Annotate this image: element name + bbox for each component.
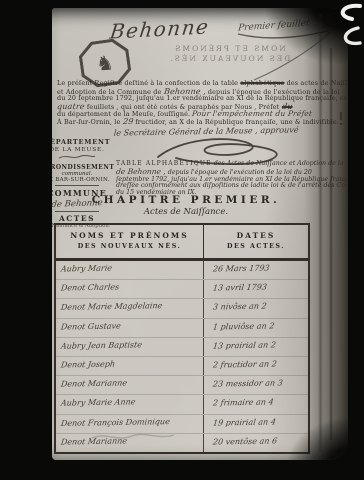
date-value: 13 avril 1793 bbox=[212, 283, 267, 293]
date-cell: 13 avril 1793 bbox=[204, 280, 308, 298]
scan-canvas: { "colors": { "background": "#090908", "… bbox=[0, 0, 364, 480]
preamble-line-3: du 20 ſeptembre 1792, juſqu'au 1.er vend… bbox=[57, 95, 345, 102]
secretary-line: le Secrétaire Général de la Meuse , appr… bbox=[113, 125, 299, 137]
header-names-column: NOMS ET PRÉNOMS DES NOUVEAUX NÉS. bbox=[56, 225, 204, 258]
table-row: Denot Marianne20 ventôse an 6 bbox=[56, 434, 308, 452]
preamble-text: Le préſent Regiſtre deſtiné à la confect… bbox=[57, 79, 240, 87]
header-names-line2: DES NOUVEAUX NÉS. bbox=[56, 243, 203, 250]
table-body: Aubry Marie26 Mars 1793 Denot Charles13 … bbox=[56, 261, 308, 452]
handwritten-folio-count: quatre bbox=[57, 103, 86, 110]
date-value: 13 prairial an 2 bbox=[212, 340, 276, 350]
table-row: Aubry Jean Baptiste13 prairial an 2 bbox=[56, 338, 308, 357]
name-value: Denot Gustave bbox=[60, 321, 121, 331]
intro-caps: TABLE ALPHABÉTIQUE bbox=[116, 160, 212, 167]
preamble-line-6: À Bar-ſur-Ornin, le 29 fructidor, an X d… bbox=[57, 118, 345, 126]
margin-squiggle bbox=[57, 154, 97, 160]
registry-page: Behonne Premier feuillet ♞ NOMS ET PRÉNO… bbox=[52, 8, 348, 460]
name-cell: Aubry Marie bbox=[56, 261, 204, 279]
birth-acts-table: NOMS ET PRÉNOMS DES NOUVEAUX NÉS. DATES … bbox=[54, 223, 310, 454]
preamble-text: du 20 ſeptembre 1792, juſqu'au 1.er vend… bbox=[57, 94, 348, 102]
date-cell: 23 messidor an 3 bbox=[204, 376, 308, 394]
ink-mark bbox=[340, 123, 342, 125]
page-fold-crease bbox=[329, 48, 333, 440]
page-corner-shadow bbox=[286, 416, 348, 460]
date-value: 2 fructidor an 2 bbox=[212, 359, 277, 369]
struck-word: alphabétique bbox=[240, 79, 284, 87]
name-value: Denot Marie Magdelaine bbox=[60, 302, 163, 313]
name-cell: Denot François Dominique bbox=[56, 415, 204, 433]
ink-mark bbox=[340, 112, 342, 120]
name-cell: Denot Gustave bbox=[56, 319, 204, 337]
table-row: Aubry Marie26 Mars 1793 bbox=[56, 261, 308, 280]
name-value: Aubry Marie Anne bbox=[60, 398, 136, 408]
name-value: Aubry Jean Baptiste bbox=[60, 340, 142, 350]
table-row: Denot Marianne23 messidor an 3 bbox=[56, 376, 308, 395]
date-cell: 3 nivôse an 2 bbox=[204, 299, 308, 317]
margin-rule bbox=[55, 185, 99, 186]
page-fold-crease bbox=[318, 14, 323, 452]
date-cell: 2 fructidor an 2 bbox=[204, 357, 308, 375]
date-value: 26 Mars 1793 bbox=[212, 264, 270, 274]
table-header-row: NOMS ET PRÉNOMS DES NOUVEAUX NÉS. DATES … bbox=[56, 225, 308, 261]
date-value: 2 frimaire an 4 bbox=[212, 398, 274, 408]
name-cell: Denot Marie Magdelaine bbox=[56, 299, 204, 317]
header-dates-line2: DES ACTES. bbox=[204, 243, 308, 250]
table-row: Denot François Dominique19 prairial an 4 bbox=[56, 415, 308, 434]
intro-text: des Actes de Naiſſance et Adoption de la… bbox=[212, 160, 348, 167]
header-dates-line1: DATES bbox=[204, 231, 308, 240]
name-value: Denot François Dominique bbox=[60, 417, 170, 428]
name-cell: Denot Charles bbox=[56, 280, 204, 298]
date-value: 3 nivôse an 2 bbox=[212, 302, 267, 312]
table-row: Aubry Marie Anne2 frimaire an 4 bbox=[56, 395, 308, 414]
date-cell: 13 prairial an 2 bbox=[204, 338, 308, 356]
stamp-rider-glyph: ♞ bbox=[95, 50, 115, 75]
header-dates-column: DATES DES ACTES. bbox=[204, 225, 308, 258]
department-label: DÉPARTEMENT bbox=[52, 138, 116, 146]
name-value: Denot Charles bbox=[60, 283, 119, 293]
date-value: 19 prairial an 4 bbox=[212, 417, 276, 427]
date-cell: 1 pluviôse an 2 bbox=[204, 319, 308, 337]
date-value: 23 messidor an 3 bbox=[212, 379, 283, 389]
arrondissement-label: ARRONDISSEMENT bbox=[52, 164, 116, 171]
photo-glare-icon bbox=[330, 0, 364, 54]
name-value: Denot Joseph bbox=[60, 360, 115, 370]
table-row: Denot Gustave1 pluviôse an 2 bbox=[56, 319, 308, 338]
intro-line-1: TABLE ALPHABÉTIQUE des Actes de Naiſſanc… bbox=[116, 160, 348, 167]
table-row: Denot Joseph2 fructidor an 2 bbox=[56, 357, 308, 376]
chapter-subtitle: Actes de Naiſſance. bbox=[52, 207, 320, 217]
preamble-text: des actes de Naiſſance bbox=[284, 79, 348, 87]
header-names-line1: NOMS ET PRÉNOMS bbox=[56, 231, 203, 240]
date-cell: 26 Mars 1793 bbox=[204, 261, 308, 279]
name-value: Aubry Marie bbox=[60, 264, 112, 274]
name-cell: Denot Joseph bbox=[56, 357, 204, 375]
name-value: Denot Marianne bbox=[60, 436, 127, 446]
table-row: Denot Marie Magdelaine3 nivôse an 2 bbox=[56, 299, 308, 318]
table-row: Denot Charles13 avril 1793 bbox=[56, 280, 308, 299]
date-cell: 2 frimaire an 4 bbox=[204, 395, 308, 413]
handwritten-day: 29 bbox=[122, 118, 133, 125]
name-cell: Denot Marianne bbox=[56, 434, 204, 452]
name-value: Denot Marianne bbox=[60, 379, 127, 389]
date-value: 20 ventôse an 6 bbox=[212, 436, 277, 446]
name-cell: Aubry Jean Baptiste bbox=[56, 338, 204, 356]
date-value: 1 pluviôse an 2 bbox=[212, 321, 275, 331]
department-value: DE LA MEUSE. bbox=[52, 147, 116, 153]
name-cell: Denot Marianne bbox=[56, 376, 204, 394]
handwritten-empechement: Pour l'empêchement du Préfet bbox=[192, 110, 313, 117]
handwritten-commune-2: de Behonne , bbox=[116, 168, 167, 175]
preamble-text: fructidor, an X de la République françai… bbox=[133, 118, 339, 126]
preamble-text: À Bar-ſur-Ornin, le bbox=[57, 118, 123, 126]
chapter-title: CHAPITRE PREMIER. bbox=[52, 194, 320, 206]
name-cell: Aubry Marie Anne bbox=[56, 395, 204, 413]
arrondissement-value: DE BAR-SUR-ORNIN. bbox=[52, 177, 116, 183]
